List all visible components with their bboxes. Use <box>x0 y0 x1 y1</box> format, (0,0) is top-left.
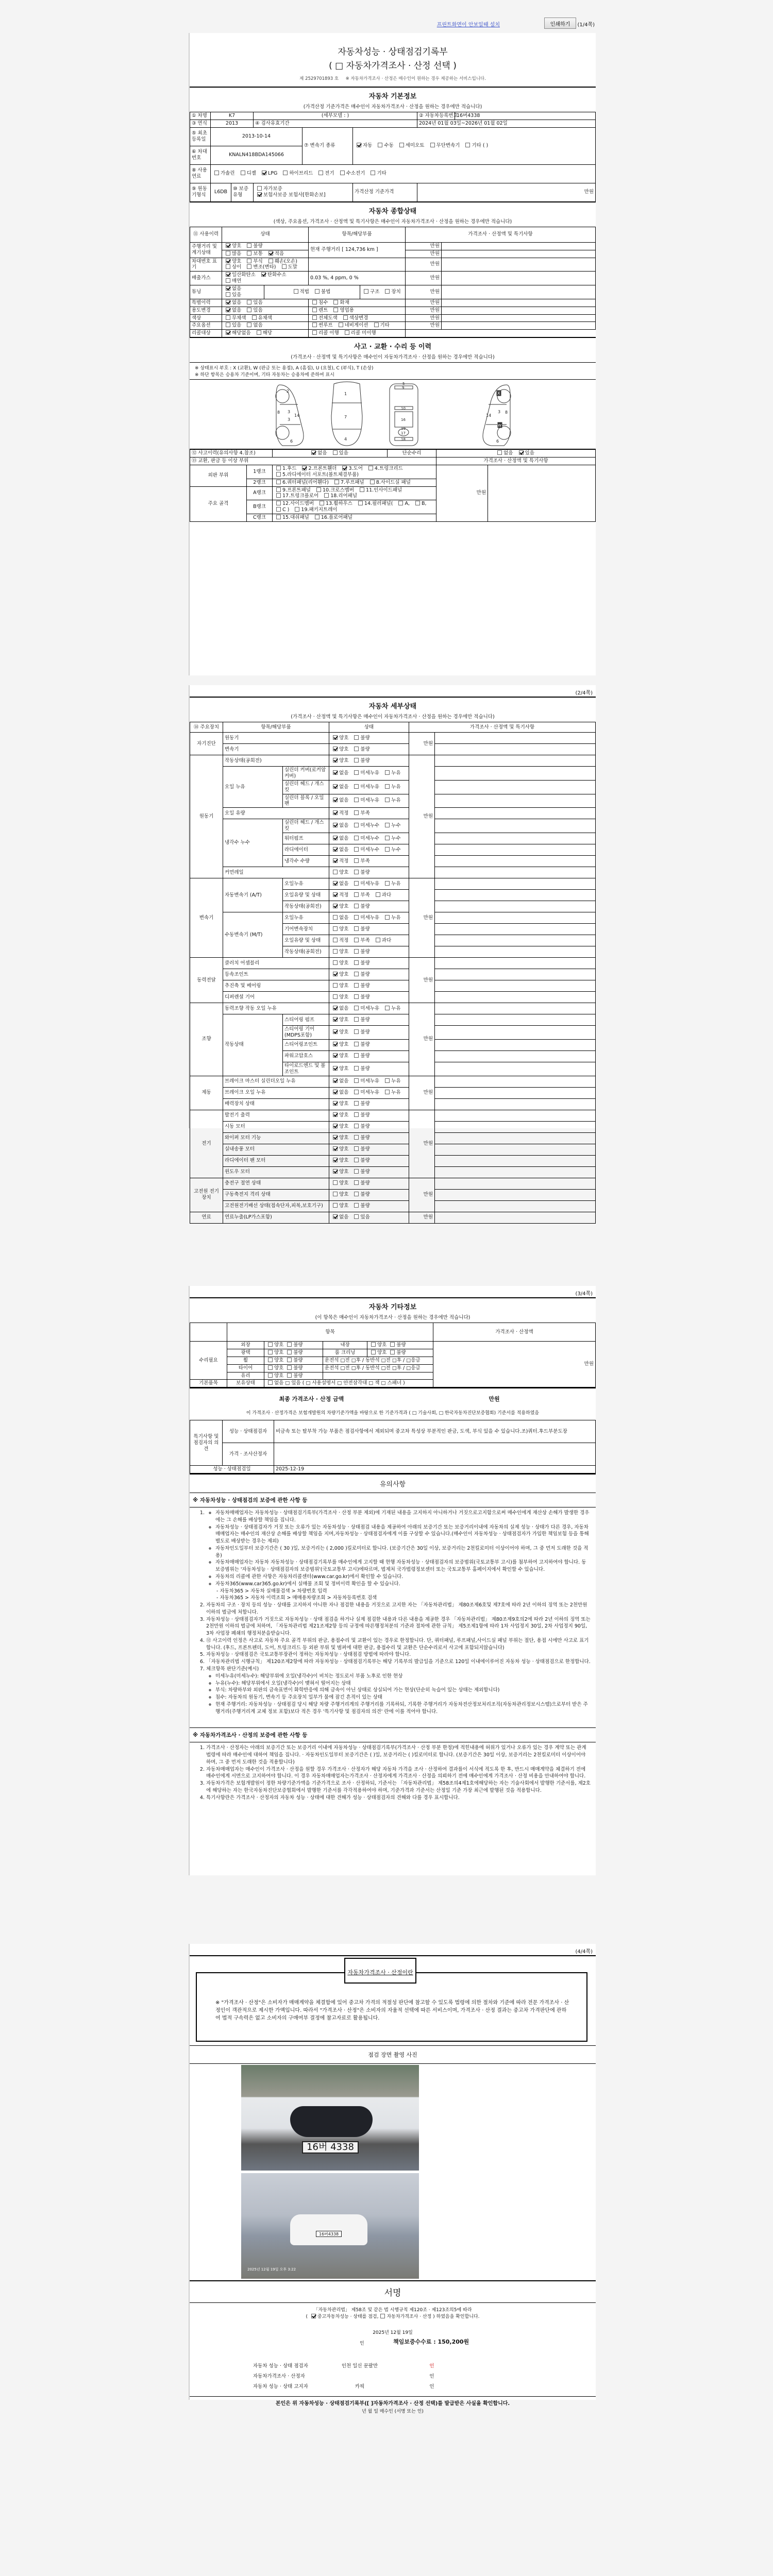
checkbox[interactable] <box>354 949 359 954</box>
checkbox[interactable] <box>333 1203 338 1208</box>
checkbox[interactable] <box>247 251 251 256</box>
option: 누수 <box>383 847 400 853</box>
checkbox[interactable] <box>312 300 317 304</box>
checkbox[interactable] <box>354 836 359 840</box>
accident-history-label: ⑫ 사고이력(유의사항 4.참조) <box>190 450 273 457</box>
checkbox[interactable] <box>371 171 375 175</box>
checkbox[interactable] <box>354 1203 359 1208</box>
option: 15.대쉬패널 <box>274 515 309 520</box>
checkbox[interactable] <box>276 493 281 498</box>
checkbox[interactable] <box>333 836 338 840</box>
option: 수소전기 <box>338 171 365 176</box>
page-4: (4/4쪽) 자동차가격조사 · 산정이란 ※ "가격조사 · 산정"은 소비자… <box>189 1944 596 2400</box>
checkbox[interactable] <box>333 1078 338 1083</box>
option: 양호 <box>331 1158 348 1163</box>
checkbox[interactable] <box>378 143 382 147</box>
document-notice: ※ 자동차가격조사 · 산정은 매수인이 원하는 경우 제공하는 서비스입니다. <box>346 76 486 81</box>
option: 없음 <box>495 450 513 456</box>
other-rows: 수리필요외장양호 불량내장양호 불량만원광택양호 불량룸 크리닝양호 불량휠양호… <box>190 1342 596 1387</box>
checkbox[interactable] <box>354 1112 359 1117</box>
checkbox[interactable] <box>333 1214 338 1219</box>
checkbox[interactable] <box>333 758 338 762</box>
checkbox[interactable] <box>333 847 338 852</box>
checkbox[interactable] <box>354 1169 359 1174</box>
option: 있음 <box>352 1214 369 1220</box>
photo-area: 16버 4338 16버4338 2025년 12월 19일 오후 3:22 <box>190 2064 596 2280</box>
option: 불량 <box>352 735 369 741</box>
checkbox[interactable] <box>252 315 257 320</box>
seal: 인 <box>360 2340 364 2346</box>
table-row: 실내송풍 모터양호 불량 <box>190 1144 596 1155</box>
checkbox[interactable] <box>226 259 230 263</box>
col-state: 상태 <box>222 227 309 242</box>
option: 18.리어패널 <box>322 493 357 499</box>
checkbox[interactable] <box>343 315 348 320</box>
option: 장치 <box>383 289 400 295</box>
option: 불량 <box>352 1158 369 1163</box>
checkbox[interactable] <box>374 323 379 327</box>
price-unit: 만원 <box>406 242 442 250</box>
option: 훼손(오손) <box>266 259 297 264</box>
checkbox[interactable] <box>333 784 338 789</box>
checkbox[interactable] <box>376 892 380 897</box>
option: 양호 <box>331 1192 348 1197</box>
table-row: 라디에이터 팬 모터양호 불량 <box>190 1155 596 1166</box>
checkbox[interactable] <box>354 1006 359 1010</box>
confirm-inspection-checkbox[interactable] <box>311 2314 316 2318</box>
checkbox[interactable] <box>333 1158 338 1162</box>
checkbox[interactable] <box>316 487 321 492</box>
option: 일산화탄소 <box>224 272 256 278</box>
checkbox[interactable] <box>276 507 281 512</box>
checkbox[interactable] <box>354 823 359 827</box>
fuel-label: ⑧ 사용 연료 <box>190 164 211 183</box>
car-outline-icon: 2338614 174 591016191718 38614 X W <box>190 380 597 449</box>
checkbox[interactable] <box>354 1078 359 1083</box>
checkbox[interactable] <box>354 1135 359 1140</box>
option: 상이 <box>224 264 241 270</box>
option: 많음 <box>224 251 241 257</box>
mark-x: X <box>497 391 500 396</box>
checkbox[interactable] <box>354 926 359 931</box>
option: 양호 <box>331 1124 348 1129</box>
option: 탄화수소 <box>259 272 287 278</box>
checkbox[interactable] <box>385 836 390 840</box>
checkbox[interactable] <box>385 289 390 294</box>
checkbox[interactable] <box>226 243 230 248</box>
legend-note: ※ 하단 항목은 승용차 기준이며, 기타 자동차는 승용차에 준하여 표시 <box>195 371 591 378</box>
checkbox[interactable] <box>333 1135 338 1140</box>
checkbox[interactable] <box>370 480 375 484</box>
option: 양호 <box>331 1042 348 1047</box>
checkbox[interactable] <box>333 904 338 908</box>
option: 누수 <box>383 823 400 828</box>
checkbox[interactable] <box>247 323 251 327</box>
confirm-price-checkbox[interactable] <box>380 2314 385 2318</box>
checkbox[interactable] <box>364 289 368 294</box>
checkbox[interactable] <box>354 758 359 762</box>
simple-repair: 없음 있음 <box>436 450 596 457</box>
checkbox[interactable] <box>214 171 219 175</box>
option: 불량 <box>352 1203 369 1209</box>
checkbox[interactable] <box>333 960 338 965</box>
checkbox[interactable] <box>226 272 230 277</box>
option: 적음 <box>266 251 284 257</box>
option: 양호 <box>331 960 348 966</box>
checkbox[interactable] <box>385 770 390 775</box>
checkbox[interactable] <box>385 1006 390 1010</box>
mileage-label: 주행거리 및 계기상태 <box>190 242 222 258</box>
checkbox[interactable] <box>354 1042 359 1046</box>
checkbox[interactable] <box>226 300 230 304</box>
reg-no-label: ② 자동차등록번호 <box>417 112 455 120</box>
price-unit: 만원 <box>406 250 442 258</box>
svg-text:2: 2 <box>287 389 289 394</box>
option: 기타 ( ) <box>463 143 488 148</box>
checkbox[interactable] <box>376 938 380 942</box>
checkbox[interactable] <box>368 466 373 470</box>
checkbox[interactable] <box>354 1214 359 1219</box>
option: 해당 <box>255 330 272 336</box>
checkbox[interactable] <box>294 289 298 294</box>
option: 14.필러패널( <box>356 501 393 506</box>
checkbox[interactable] <box>226 308 230 312</box>
checkbox[interactable] <box>354 1158 359 1162</box>
checkbox[interactable] <box>276 480 281 484</box>
checkbox[interactable] <box>333 994 338 999</box>
checkbox[interactable] <box>333 1006 338 1010</box>
checkbox[interactable] <box>226 286 230 291</box>
checkbox[interactable] <box>354 938 359 942</box>
print-help-link[interactable]: 프린트화면이 안보일때 설치 <box>437 20 500 28</box>
option: 미세누유 <box>352 1090 379 1095</box>
checkbox[interactable] <box>247 259 251 263</box>
checkbox[interactable] <box>398 501 403 505</box>
checkbox[interactable] <box>354 1090 359 1094</box>
option: 양호 <box>331 1017 348 1023</box>
option: 전기 <box>316 171 334 176</box>
table-row: 구동축전지 격리 상태양호 불량 <box>190 1189 596 1200</box>
option: 리콜 미이행 <box>343 330 376 336</box>
checkbox[interactable] <box>333 1180 338 1185</box>
checkbox[interactable] <box>385 1078 390 1083</box>
reg-no: 16버4338 <box>455 112 596 120</box>
signer-row: 자동차 성능 · 상태 점검자인천 일신 문팔만인 <box>251 2361 468 2371</box>
checkbox[interactable] <box>268 259 273 263</box>
checkbox[interactable] <box>312 330 317 335</box>
checkbox[interactable] <box>241 171 245 175</box>
checkbox[interactable] <box>354 798 359 802</box>
checkbox[interactable] <box>430 143 435 147</box>
checkbox[interactable] <box>354 1180 359 1185</box>
checkbox[interactable] <box>354 770 359 775</box>
option: 6.쿼터패널(리어휀다) <box>274 480 329 485</box>
checkbox[interactable] <box>333 300 338 304</box>
option: 11.인사이드패널 <box>358 487 402 493</box>
checkbox[interactable] <box>226 278 230 283</box>
notes-section: 유의사항 ※ 자동차성능 · 상태점검의 보증에 관한 사항 등 자동차매매업자… <box>190 1473 596 1803</box>
checkbox[interactable] <box>333 870 338 874</box>
checkbox[interactable] <box>318 171 323 175</box>
checkbox[interactable] <box>333 1017 338 1022</box>
checkbox[interactable] <box>226 323 230 327</box>
checkbox[interactable] <box>333 1124 338 1128</box>
checkbox[interactable] <box>385 881 390 886</box>
opinion-label: 특기사항 및 점검자의 의견 <box>190 1420 223 1466</box>
checkbox[interactable] <box>276 487 281 492</box>
checkbox[interactable] <box>333 747 338 751</box>
warranty-label: ⑩ 보증 유형 <box>231 183 254 201</box>
option: 양호 <box>331 1053 348 1059</box>
current-mileage: 현재 주행거리 [ 124,736 km ] <box>309 242 406 258</box>
checkbox[interactable] <box>333 1112 338 1117</box>
checkbox[interactable] <box>276 466 281 470</box>
checkbox[interactable] <box>333 938 338 942</box>
checkbox[interactable] <box>354 1017 359 1022</box>
price-info-title: 자동차가격조사 · 산정이란 <box>344 1958 416 1984</box>
checkbox[interactable] <box>354 915 359 920</box>
option: 양호 <box>331 1180 348 1186</box>
checkbox[interactable] <box>247 300 251 304</box>
checkbox[interactable] <box>333 926 338 931</box>
checkbox[interactable] <box>385 847 390 852</box>
abnormal-parts-label: ⑬ 교환, 판금 등 이상 부위 <box>190 457 436 465</box>
checkbox[interactable] <box>415 501 420 505</box>
price-basis: 이 가격조사 · 산정가격은 보험개발원의 차량기준가액을 바탕으로 한 기준가… <box>190 1405 596 1420</box>
checkbox[interactable] <box>354 1146 359 1151</box>
checkbox[interactable] <box>354 1101 359 1106</box>
checkbox[interactable] <box>385 1090 390 1094</box>
checkbox[interactable] <box>312 308 317 312</box>
price-notes-list: 가격조사 · 산정자는 아래의 보증기간 또는 보증거리 이내에 자동차성능 ·… <box>195 1744 591 1801</box>
option: 미세누수 <box>352 823 379 828</box>
option: 렌트 <box>310 308 328 313</box>
option: 12.사이드멤버 <box>274 501 314 506</box>
option: 있음 <box>331 450 348 456</box>
document-header: 자동차성능 · 상태점검기록부 ( □ 자동차가격조사 · 산정 선택 ) 제 … <box>190 33 596 87</box>
buyer-confirm: 본인은 위 자동차성능 · 상태점검기록부([ ]자동차가격조사 · 산정 선택… <box>190 2399 596 2406</box>
option: 불량 <box>352 747 369 752</box>
checkbox[interactable] <box>268 251 273 256</box>
checkbox[interactable] <box>519 450 524 455</box>
checkbox[interactable] <box>333 915 338 920</box>
basic-info-subtitle: (가격산정 기준가격은 매수인이 자동차가격조사 · 산정을 원하는 경우에만 … <box>190 100 596 112</box>
checkbox[interactable] <box>226 315 230 320</box>
checkbox[interactable] <box>354 1029 359 1034</box>
checkbox[interactable] <box>354 972 359 976</box>
table-row: 오일 누유실린더 커버(로커암 커버)없음 미세누유 누유 <box>190 767 596 781</box>
checkbox[interactable] <box>354 1053 359 1058</box>
checkbox[interactable] <box>345 330 349 335</box>
option: 불법 <box>313 289 330 295</box>
checkbox[interactable] <box>262 171 266 175</box>
checkbox[interactable] <box>357 143 361 147</box>
checkbox[interactable] <box>385 915 390 920</box>
option: A, <box>396 501 410 506</box>
checkbox[interactable] <box>340 171 345 175</box>
checkbox[interactable] <box>385 784 390 789</box>
front-photo: 16버 4338 <box>241 2065 419 2171</box>
checkbox[interactable] <box>226 264 230 269</box>
checkbox[interactable] <box>333 1066 338 1071</box>
checkbox[interactable] <box>333 798 338 802</box>
checkbox[interactable] <box>333 858 338 863</box>
table-row: 원동기작동상태(공회전)양호 불량만원 <box>190 755 596 767</box>
checkbox[interactable] <box>399 143 404 147</box>
checkbox[interactable] <box>333 892 338 897</box>
checkbox[interactable] <box>358 501 363 505</box>
checkbox[interactable] <box>312 323 317 327</box>
checkbox[interactable] <box>276 472 281 477</box>
checkbox[interactable] <box>311 450 316 455</box>
option: 8.사이드실 패널 <box>368 480 411 485</box>
checkbox[interactable] <box>320 501 324 505</box>
checkbox[interactable] <box>333 1053 338 1058</box>
checkbox[interactable] <box>324 493 329 498</box>
checkbox[interactable] <box>465 143 470 147</box>
checkbox[interactable] <box>333 1042 338 1046</box>
option: 9.프론트패널 <box>274 487 311 493</box>
checkbox[interactable] <box>247 308 251 312</box>
checkbox[interactable] <box>334 480 339 484</box>
checkbox[interactable] <box>282 264 287 269</box>
checkbox[interactable] <box>354 870 359 874</box>
checkbox[interactable] <box>333 810 338 815</box>
rank-rows: 외판 부위1랭크1.후드 2.프론트휀더 3.도어 4.트렁크리드 5.라디에이… <box>190 465 596 521</box>
checkbox[interactable] <box>333 972 338 976</box>
grille <box>290 2106 373 2137</box>
checkbox[interactable] <box>333 770 338 775</box>
checkbox[interactable] <box>385 823 390 827</box>
option: 불량 <box>352 972 369 977</box>
checkbox[interactable] <box>283 171 288 175</box>
checkbox[interactable] <box>247 243 251 248</box>
checkbox[interactable] <box>354 784 359 789</box>
checkbox[interactable] <box>333 308 338 312</box>
checkbox[interactable] <box>333 735 338 740</box>
checkbox[interactable] <box>354 1066 359 1071</box>
checkbox[interactable] <box>333 1101 338 1106</box>
checkbox[interactable] <box>333 983 338 988</box>
checkbox[interactable] <box>354 1124 359 1128</box>
checkbox[interactable] <box>333 949 338 954</box>
checkbox[interactable] <box>354 858 359 863</box>
checkbox[interactable] <box>354 847 359 852</box>
pricer-label: 가격 · 조사산정자 <box>223 1443 274 1466</box>
checkbox[interactable] <box>354 983 359 988</box>
svg-text:3: 3 <box>288 410 290 414</box>
option: 없음 <box>331 770 348 776</box>
checkbox[interactable] <box>333 1090 338 1094</box>
col-price: 가격조사 · 산정액 및 특기사항 <box>406 227 596 242</box>
checkbox[interactable] <box>354 881 359 886</box>
option: 양호 <box>331 1066 348 1072</box>
simple-repair-label: 단순수리 <box>388 450 436 457</box>
checkbox[interactable] <box>333 1192 338 1196</box>
option: 불량 <box>352 1180 369 1186</box>
checkbox[interactable] <box>385 798 390 802</box>
svg-text:7: 7 <box>344 415 347 419</box>
checkbox[interactable] <box>302 466 307 470</box>
checkbox[interactable] <box>226 251 230 256</box>
checkbox[interactable] <box>276 501 281 505</box>
option: 5.라디에이터 서포트(볼트체결부품) <box>274 472 359 478</box>
option: 없음 <box>331 847 348 853</box>
table-row: 동력전달클러치 어셈블리양호 불량만원 <box>190 958 596 969</box>
option: 미세누유 <box>352 915 379 921</box>
option: 리콜 이행 <box>310 330 339 336</box>
table-row: 변속기자동변속기 (A/T)오일누유없음 미세누유 누유만원 <box>190 878 596 890</box>
buyer-signature-line: 년 월 일 매수인 (서명 또는 인) <box>190 2408 596 2414</box>
checkbox[interactable] <box>276 515 281 519</box>
checkbox[interactable] <box>360 487 364 492</box>
option: 부족 <box>352 858 369 864</box>
checkbox[interactable] <box>312 315 317 320</box>
checkbox[interactable] <box>226 330 230 335</box>
checkbox[interactable] <box>342 466 347 470</box>
checkbox[interactable] <box>295 507 299 512</box>
table-row: 차대번호 표기양호 부식 훼손(오손) 상이 변조(변타) 도말만원 <box>190 258 596 272</box>
checkbox[interactable] <box>257 330 261 335</box>
fuel-options: 가솔린 디젤 LPG 하이브리드 전기 수소전기 기타 <box>211 164 596 183</box>
svg-text:16: 16 <box>401 418 406 422</box>
checkbox[interactable] <box>315 515 320 519</box>
option: 미세누유 <box>352 784 379 790</box>
option: 디젤 <box>239 171 256 176</box>
checkbox[interactable] <box>354 904 359 908</box>
checkbox[interactable] <box>261 272 266 277</box>
option: 불량 <box>352 904 369 909</box>
option: 누유 <box>383 1078 400 1084</box>
checkbox[interactable] <box>315 289 320 294</box>
mark-w: W <box>498 423 501 428</box>
checkbox[interactable] <box>354 994 359 999</box>
option: 색상변경 <box>341 315 368 321</box>
option: 불량 <box>352 1101 369 1107</box>
checkbox[interactable] <box>247 264 251 269</box>
checkbox[interactable] <box>333 881 338 886</box>
checkbox[interactable] <box>354 1192 359 1196</box>
legend-symbols: ※ 상태표시 부호 : X (교환), W (판금 또는 용접), A (흠집)… <box>195 364 591 371</box>
overall-table: ⑪ 사용이력 상태 항목/해당부품 가격조사 · 산정액 및 특기사항 주행거리… <box>190 227 596 337</box>
checkbox[interactable] <box>333 1029 338 1034</box>
checkbox[interactable] <box>354 735 359 740</box>
table-row: 조향동력조향 작동 오일 누유없음 미세누유 누유만원 <box>190 1003 596 1014</box>
table-row: 외판 부위1랭크1.후드 2.프론트휀더 3.도어 4.트렁크리드 5.라디에이… <box>190 465 596 479</box>
checkbox[interactable] <box>333 1146 338 1151</box>
checkbox[interactable] <box>354 960 359 965</box>
checkbox[interactable] <box>354 747 359 751</box>
checkbox[interactable] <box>257 186 262 191</box>
checkbox[interactable] <box>354 892 359 897</box>
signers-table: 자동차 성능 · 상태 점검자인천 일신 문팔만인자동차가격조사 · 산정자인자… <box>251 2361 468 2392</box>
checkbox[interactable] <box>333 1169 338 1174</box>
print-button[interactable]: 인쇄하기 <box>544 18 576 29</box>
checkbox[interactable] <box>497 450 502 455</box>
signature-law: 「자동차관리법」 제58조 및 같은 법 시행규칙 제120조 · 제123조의… <box>190 2303 596 2313</box>
checkbox[interactable] <box>339 323 343 327</box>
checkbox[interactable] <box>226 292 230 297</box>
checkbox[interactable] <box>333 823 338 827</box>
checkbox[interactable] <box>333 450 338 455</box>
checkbox[interactable] <box>354 810 359 815</box>
checkbox[interactable] <box>257 192 262 197</box>
option: 10.크로스멤버 <box>314 487 354 493</box>
mileage-level: 많음 보통 적음 <box>222 250 309 258</box>
option: 누수 <box>383 836 400 841</box>
option: 구조 <box>362 289 379 295</box>
table-row: 리콜대상해당없음 해당리콜 이행 리콜 미이행 <box>190 330 596 337</box>
